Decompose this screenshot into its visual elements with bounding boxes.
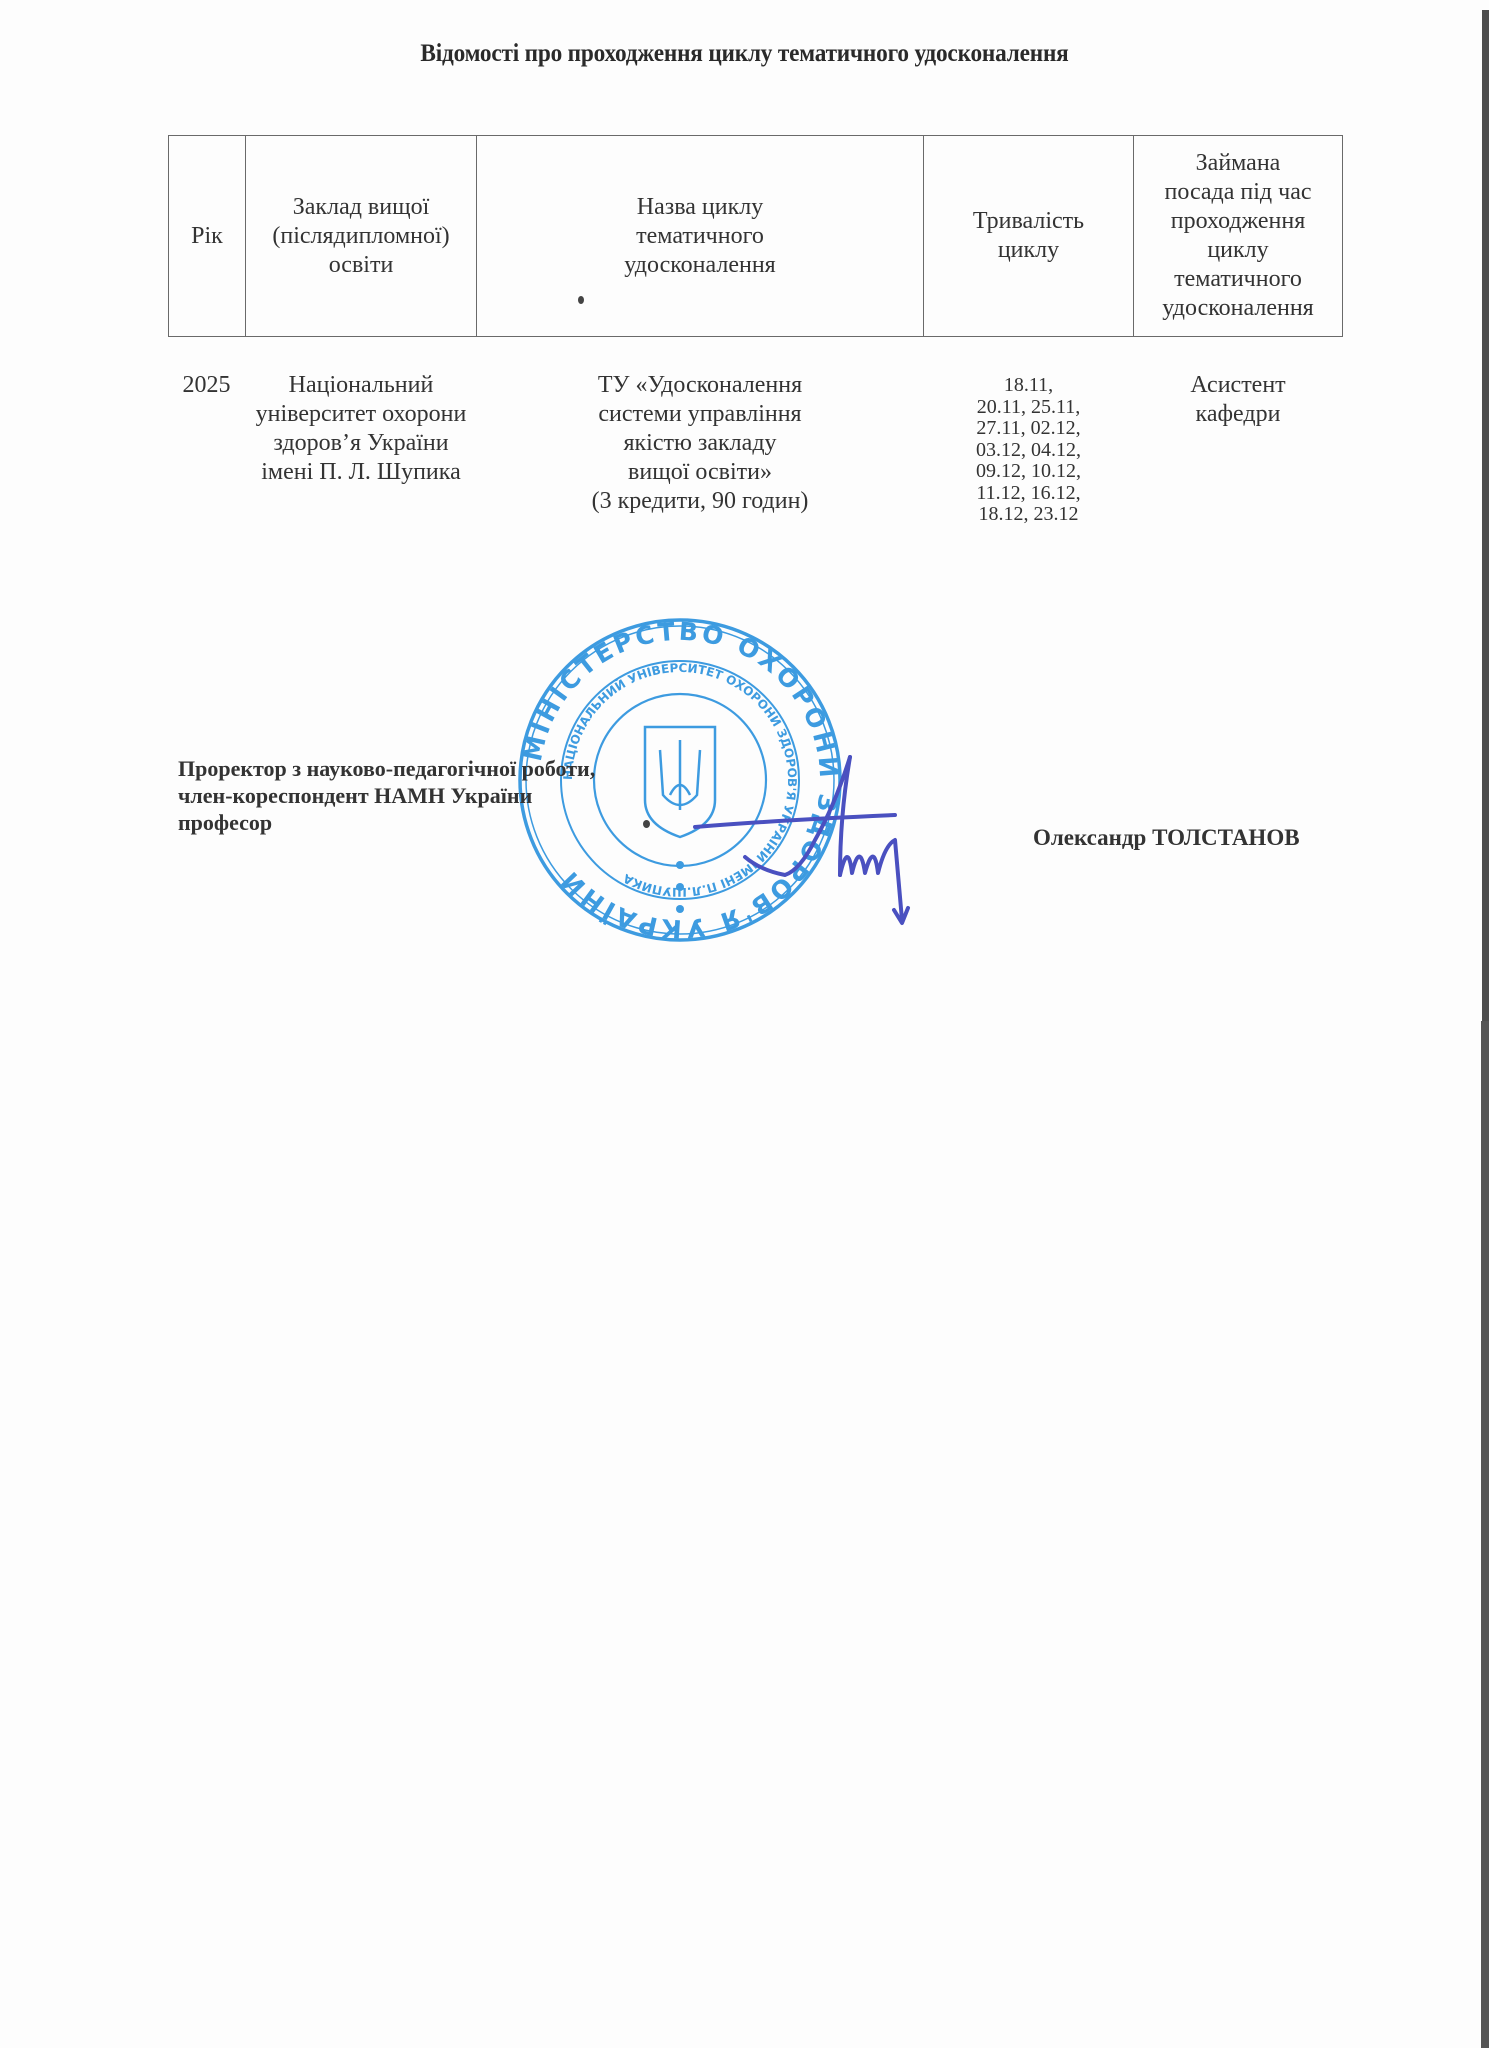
document-title: Відомості про проходження циклу тематичн…: [52, 40, 1437, 68]
scan-edge: [1481, 1021, 1489, 2048]
ink-blot: [578, 296, 584, 304]
cell-cycle-name: ТУ «Удосконалення системи управління які…: [477, 337, 924, 526]
cell-position: Асистент кафедри: [1134, 337, 1343, 526]
header-duration: Тривалість циклу: [924, 136, 1134, 337]
table-header-row: Рік Заклад вищої (післядипломної) освіти…: [169, 136, 1343, 337]
handwritten-signature: [690, 745, 920, 935]
signatory-title: Проректор з науково-педагогічної роботи,…: [178, 755, 595, 836]
header-cycle-name: Назва циклу тематичного удосконалення: [477, 136, 924, 337]
star-icon: [676, 861, 684, 913]
cell-institution: Національний університет охорони здоров’…: [246, 337, 477, 526]
cell-year: 2025: [169, 337, 246, 526]
cell-duration: 18.11, 20.11, 25.11, 27.11, 02.12, 03.12…: [924, 337, 1134, 526]
scan-edge: [1482, 10, 1489, 1021]
table-row: 2025 Національний університет охорони зд…: [169, 337, 1343, 526]
header-position: Займана посада під час проходження циклу…: [1134, 136, 1343, 337]
signatory-name: Олександр ТОЛСТАНОВ: [1033, 825, 1300, 851]
ink-blot: [643, 820, 650, 828]
training-table: Рік Заклад вищої (післядипломної) освіти…: [168, 135, 1343, 526]
header-institution: Заклад вищої (післядипломної) освіти: [246, 136, 477, 337]
header-year: Рік: [169, 136, 246, 337]
